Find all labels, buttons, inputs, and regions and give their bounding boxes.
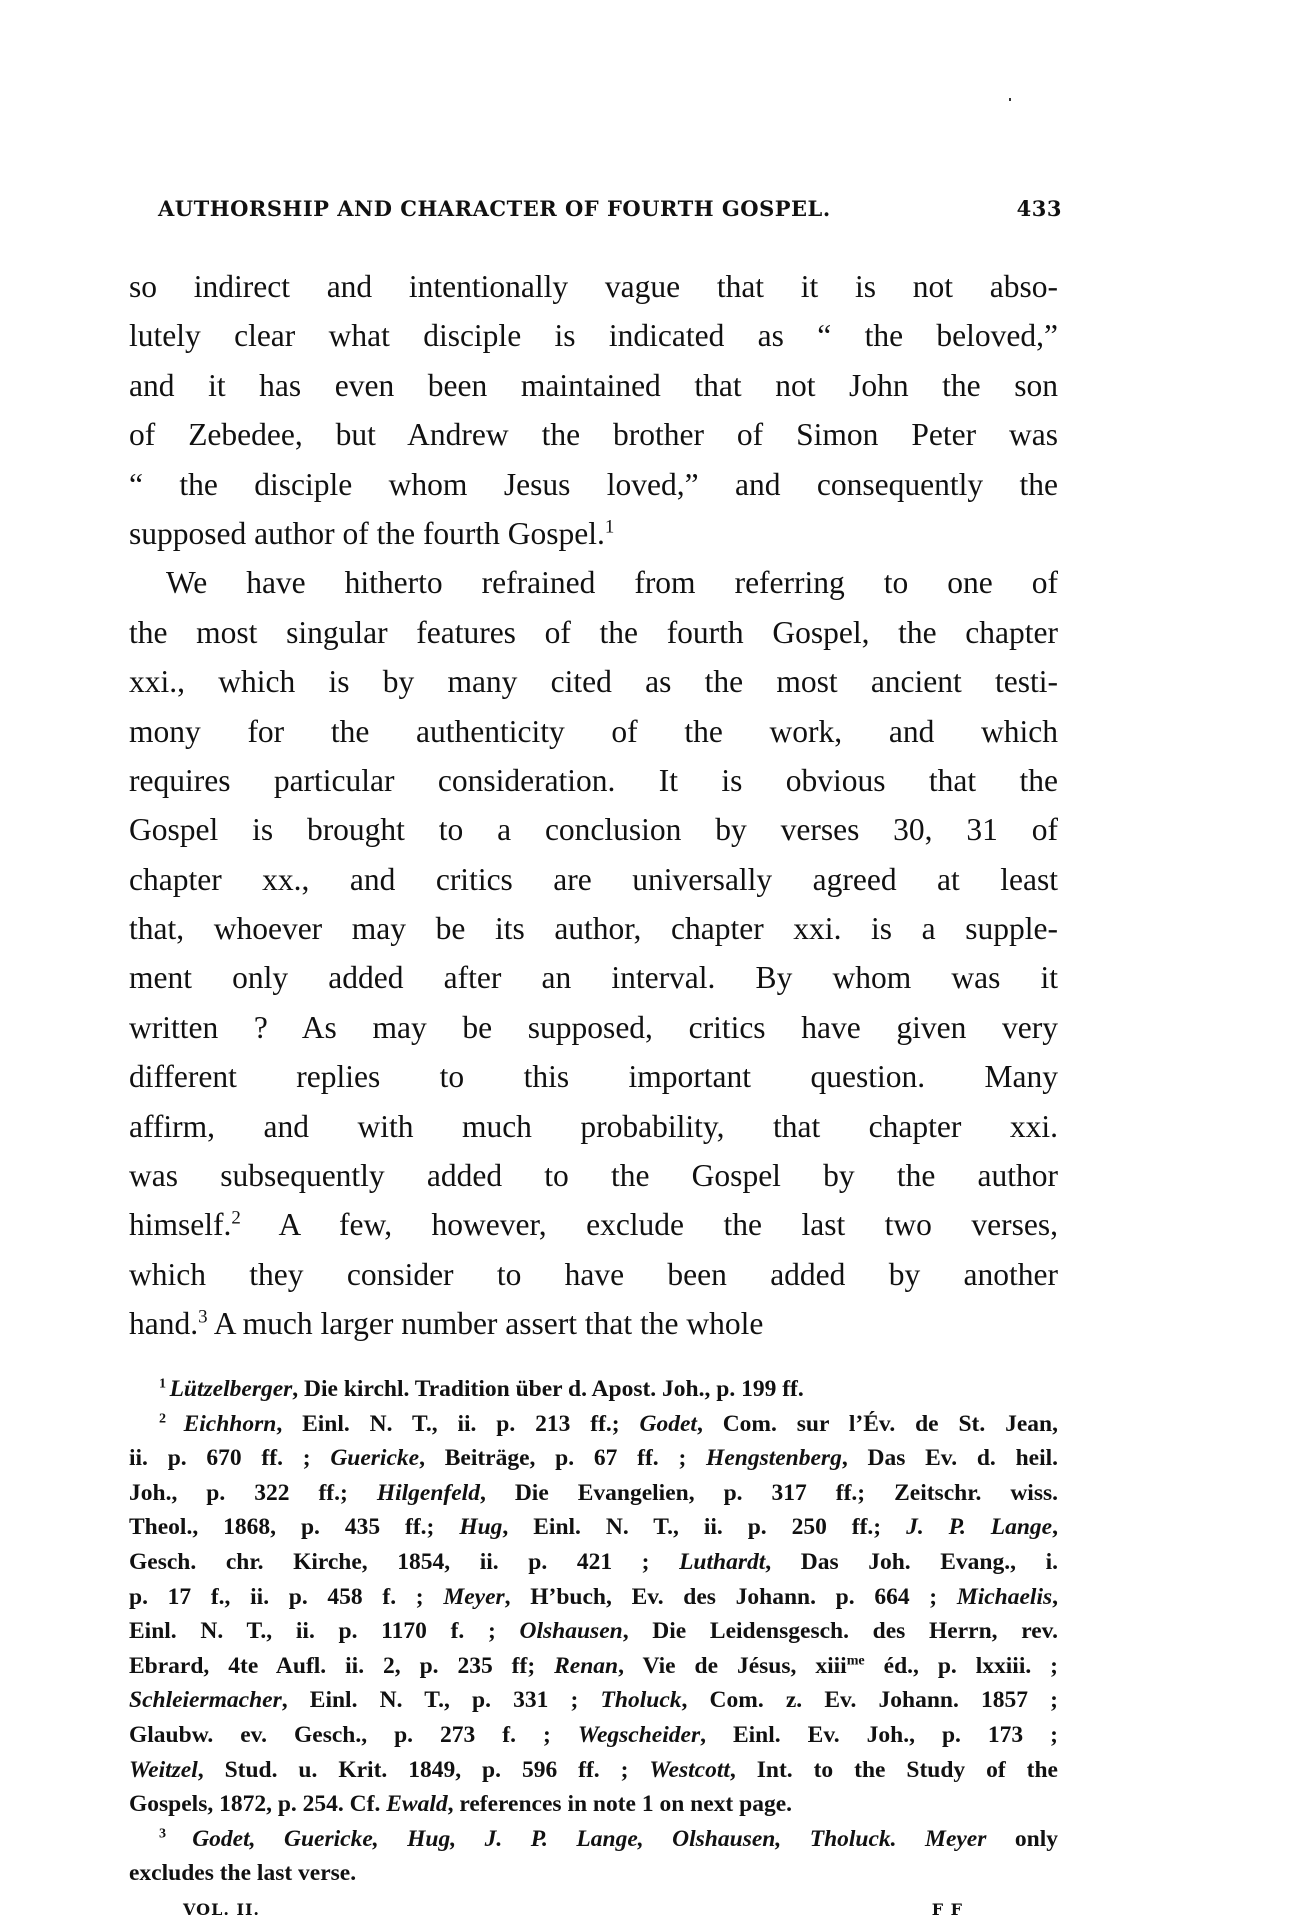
text-line: that, whoever may be its author, chapter…: [129, 904, 1058, 953]
cited-author: Wegscheider: [578, 1722, 700, 1748]
footnote-line: Einl. N. T., ii. p. 1170 f. ; Olshausen,…: [129, 1614, 1058, 1649]
book-page: AUTHORSHIP AND CHARACTER OF FOURTH GOSPE…: [0, 0, 1292, 1925]
footnote-ref: 1: [605, 517, 614, 538]
footnote-ref: 3: [198, 1307, 207, 1328]
text-line: himself.2 A few, however, exclude the la…: [129, 1200, 1058, 1249]
text-line: different replies to this important ques…: [129, 1052, 1058, 1101]
footnote-line: Glaubw. ev. Gesch., p. 273 f. ; Wegschei…: [129, 1718, 1058, 1753]
text-line: lutely clear what disciple is indicated …: [129, 311, 1058, 360]
page-signature: VOL. II. F F: [183, 1900, 963, 1919]
cited-author: Hengstenberg: [706, 1445, 842, 1471]
footnote-marker: 1: [159, 1376, 170, 1392]
text-line: Gospel is brought to a conclusion by ver…: [129, 805, 1058, 854]
footnote-marker: 2: [159, 1410, 184, 1426]
running-head: AUTHORSHIP AND CHARACTER OF FOURTH GOSPE…: [158, 196, 1062, 221]
text-line: affirm, and with much probability, that …: [129, 1102, 1058, 1151]
main-text: so indirect and intentionally vague that…: [129, 262, 1058, 1349]
text-line: of Zebedee, but Andrew the brother of Si…: [129, 410, 1058, 459]
text-line: so indirect and intentionally vague that…: [129, 262, 1058, 311]
text-line: “ the disciple whom Jesus loved,” and co…: [129, 460, 1058, 509]
cited-author: Luthardt: [679, 1549, 765, 1575]
footnote-line: Theol., 1868, p. 435 ff.; Hug, Einl. N. …: [129, 1510, 1058, 1545]
footnote-line: Weitzel, Stud. u. Krit. 1849, p. 596 ff.…: [129, 1753, 1058, 1788]
footnote-line: Gesch. chr. Kirche, 1854, ii. p. 421 ; L…: [129, 1545, 1058, 1580]
footnote-ref: 2: [231, 1208, 240, 1229]
cited-author: Michaelis: [957, 1584, 1052, 1610]
cited-author: Godet: [640, 1411, 697, 1437]
text-line: We have hitherto refrained from referrin…: [129, 558, 1058, 607]
cited-author: Hug: [459, 1514, 502, 1540]
text-line: and it has even been maintained that not…: [129, 361, 1058, 410]
cited-author: Meyer: [443, 1584, 504, 1610]
text-line: written ? As may be supposed, critics ha…: [129, 1003, 1058, 1052]
cited-author: Tholuck: [601, 1687, 682, 1713]
cited-author: Guericke: [330, 1445, 419, 1471]
text-line: ment only added after an interval. By wh…: [129, 953, 1058, 1002]
footnote-line: Gospels, 1872, p. 254. Cf. Ewald, refere…: [129, 1787, 1058, 1822]
text-line: the most singular features of the fourth…: [129, 608, 1058, 657]
cited-author: Lützelberger: [170, 1376, 293, 1402]
text-line: mony for the authenticity of the work, a…: [129, 707, 1058, 756]
signature-mark: F F: [932, 1900, 963, 1919]
footnote-marker: 3: [159, 1825, 192, 1841]
cited-author: Meyer: [925, 1826, 986, 1852]
footnote-line: Ebrard, 4te Aufl. ii. 2, p. 235 ff; Rena…: [129, 1649, 1058, 1684]
cited-author: Weitzel: [129, 1757, 198, 1783]
cited-author: J. P. Lange: [906, 1514, 1052, 1540]
footnote-line: excludes the last verse.: [129, 1856, 1058, 1891]
footnote-line: Joh., p. 322 ff.; Hilgenfeld, Die Evange…: [129, 1476, 1058, 1511]
superscript: me: [847, 1652, 865, 1668]
cited-author: Renan: [554, 1653, 618, 1679]
running-head-title: AUTHORSHIP AND CHARACTER OF FOURTH GOSPE…: [158, 196, 831, 221]
scan-speck: [1009, 98, 1011, 101]
footnote-line: 3 Godet, Guericke, Hug, J. P. Lange, Ols…: [129, 1822, 1058, 1857]
text-line: xxi., which is by many cited as the most…: [129, 657, 1058, 706]
volume-label: VOL. II.: [183, 1900, 260, 1919]
text-line: which they consider to have been added b…: [129, 1250, 1058, 1299]
footnote-line: 2 Eichhorn, Einl. N. T., ii. p. 213 ff.;…: [129, 1407, 1058, 1442]
text-line: was subsequently added to the Gospel by …: [129, 1151, 1058, 1200]
footnote-line: Schleiermacher, Einl. N. T., p. 331 ; Th…: [129, 1683, 1058, 1718]
cited-author: Ewald: [386, 1791, 447, 1817]
cited-author: Schleiermacher: [129, 1687, 282, 1713]
text-line: hand.3 A much larger number assert that …: [129, 1299, 1058, 1348]
cited-author: Westcott: [649, 1757, 730, 1783]
cited-author: Olshausen: [520, 1618, 623, 1644]
page-number: 433: [1017, 196, 1062, 221]
footnote-line: 1 Lützelberger, Die kirchl. Tradition üb…: [129, 1372, 1058, 1407]
cited-author: Eichhorn: [184, 1411, 277, 1437]
footnote-line: p. 17 f., ii. p. 458 f. ; Meyer, H’buch,…: [129, 1580, 1058, 1615]
cited-author: Godet, Guericke, Hug, J. P. Lange, Olsha…: [192, 1826, 896, 1852]
cited-author: Hilgenfeld: [377, 1480, 480, 1506]
footnote-line: ii. p. 670 ff. ; Guericke, Beiträge, p. …: [129, 1441, 1058, 1476]
text-line: supposed author of the fourth Gospel.1: [129, 509, 1058, 558]
text-line: requires particular consideration. It is…: [129, 756, 1058, 805]
footnotes: 1 Lützelberger, Die kirchl. Tradition üb…: [129, 1372, 1058, 1891]
text-line: chapter xx., and critics are universally…: [129, 855, 1058, 904]
